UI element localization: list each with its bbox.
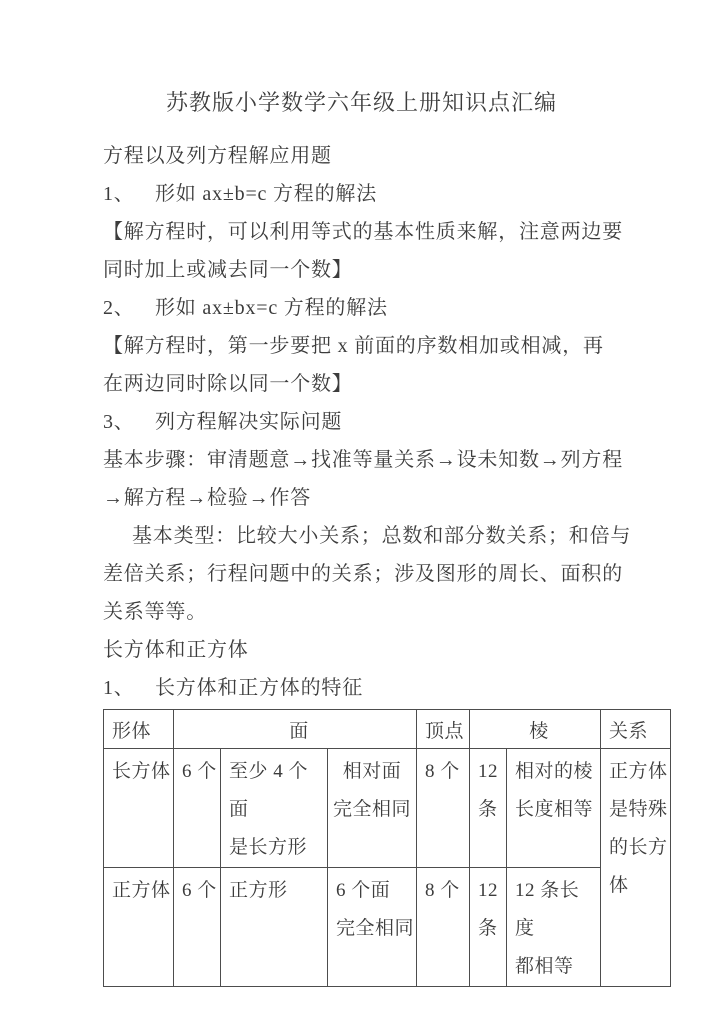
- header-cell-edges: 棱: [470, 710, 601, 749]
- paragraph-line: 【解方程时，第一步要把 x 前面的序数相加或相减，再: [103, 327, 624, 365]
- cell-shape: 正方体: [104, 868, 174, 987]
- features-table: 形体 面 顶点 棱 关系 长方体 6 个 至少 4 个面 是长方形 相对面 完全…: [103, 709, 671, 987]
- item-text: 长方体和正方体的特征: [155, 677, 363, 699]
- cell-shape: 长方体: [104, 749, 174, 868]
- paragraph-line: 基本步骤：审清题意→找准等量关系→设未知数→列方程: [103, 441, 624, 479]
- item-number: 2、: [103, 289, 155, 327]
- cell-face-count: 6 个: [174, 868, 221, 987]
- document-title: 苏教版小学数学六年级上册知识点汇编: [103, 0, 620, 118]
- item-number: 1、: [103, 669, 155, 707]
- paragraph-line: 在两边同时除以同一个数】: [103, 365, 624, 403]
- cell-face-equal: 6 个面 完全相同: [328, 868, 417, 987]
- section-heading: 长方体和正方体: [103, 631, 624, 669]
- cell-edge-count: 12 条: [470, 749, 507, 868]
- cell-face-type: 至少 4 个面 是长方形: [221, 749, 328, 868]
- item-text: 列方程解决实际问题: [155, 411, 342, 433]
- cell-relation: 正方体 是特殊 的长方 体: [601, 749, 671, 987]
- document-page: 苏教版小学数学六年级上册知识点汇编 方程以及列方程解应用题 1、形如 ax±b=…: [0, 0, 724, 1024]
- cell-vertex-count: 8 个: [417, 868, 470, 987]
- document-body: 方程以及列方程解应用题 1、形如 ax±b=c 方程的解法 【解方程时，可以利用…: [103, 137, 624, 707]
- cell-edge-equal: 12 条长度 都相等: [507, 868, 601, 987]
- paragraph-line: 基本类型：比较大小关系；总数和部分数关系；和倍与: [103, 517, 624, 555]
- cell-vertex-count: 8 个: [417, 749, 470, 868]
- table-row-cuboid: 长方体 6 个 至少 4 个面 是长方形 相对面 完全相同 8 个 12 条 相…: [104, 749, 671, 868]
- numbered-item: 1、长方体和正方体的特征: [103, 669, 624, 707]
- paragraph-line: 同时加上或减去同一个数】: [103, 251, 624, 289]
- item-number: 1、: [103, 175, 155, 213]
- cell-face-equal: 相对面 完全相同: [328, 749, 417, 868]
- item-text: 形如 ax±b=c 方程的解法: [155, 183, 377, 205]
- header-cell-shape: 形体: [104, 710, 174, 749]
- numbered-item: 2、形如 ax±bx=c 方程的解法: [103, 289, 624, 327]
- numbered-item: 3、列方程解决实际问题: [103, 403, 624, 441]
- table-row-cube: 正方体 6 个 正方形 6 个面 完全相同 8 个 12 条 12 条长度 都相…: [104, 868, 671, 987]
- header-cell-relation: 关系: [601, 710, 671, 749]
- item-text: 形如 ax±bx=c 方程的解法: [155, 297, 388, 319]
- header-cell-vertices: 顶点: [417, 710, 470, 749]
- paragraph-line: 关系等等。: [103, 593, 624, 631]
- cell-edge-count: 12 条: [470, 868, 507, 987]
- paragraph-line: 差倍关系；行程问题中的关系；涉及图形的周长、面积的: [103, 555, 624, 593]
- paragraph-line: 方程以及列方程解应用题: [103, 137, 624, 175]
- table-header-row: 形体 面 顶点 棱 关系: [104, 710, 671, 749]
- item-number: 3、: [103, 403, 155, 441]
- numbered-item: 1、形如 ax±b=c 方程的解法: [103, 175, 624, 213]
- paragraph-line: →解方程→检验→作答: [103, 479, 624, 517]
- cell-face-count: 6 个: [174, 749, 221, 868]
- header-cell-faces: 面: [174, 710, 417, 749]
- paragraph-line: 【解方程时，可以利用等式的基本性质来解，注意两边要: [103, 213, 624, 251]
- cell-face-type: 正方形: [221, 868, 328, 987]
- cell-edge-equal: 相对的棱 长度相等: [507, 749, 601, 868]
